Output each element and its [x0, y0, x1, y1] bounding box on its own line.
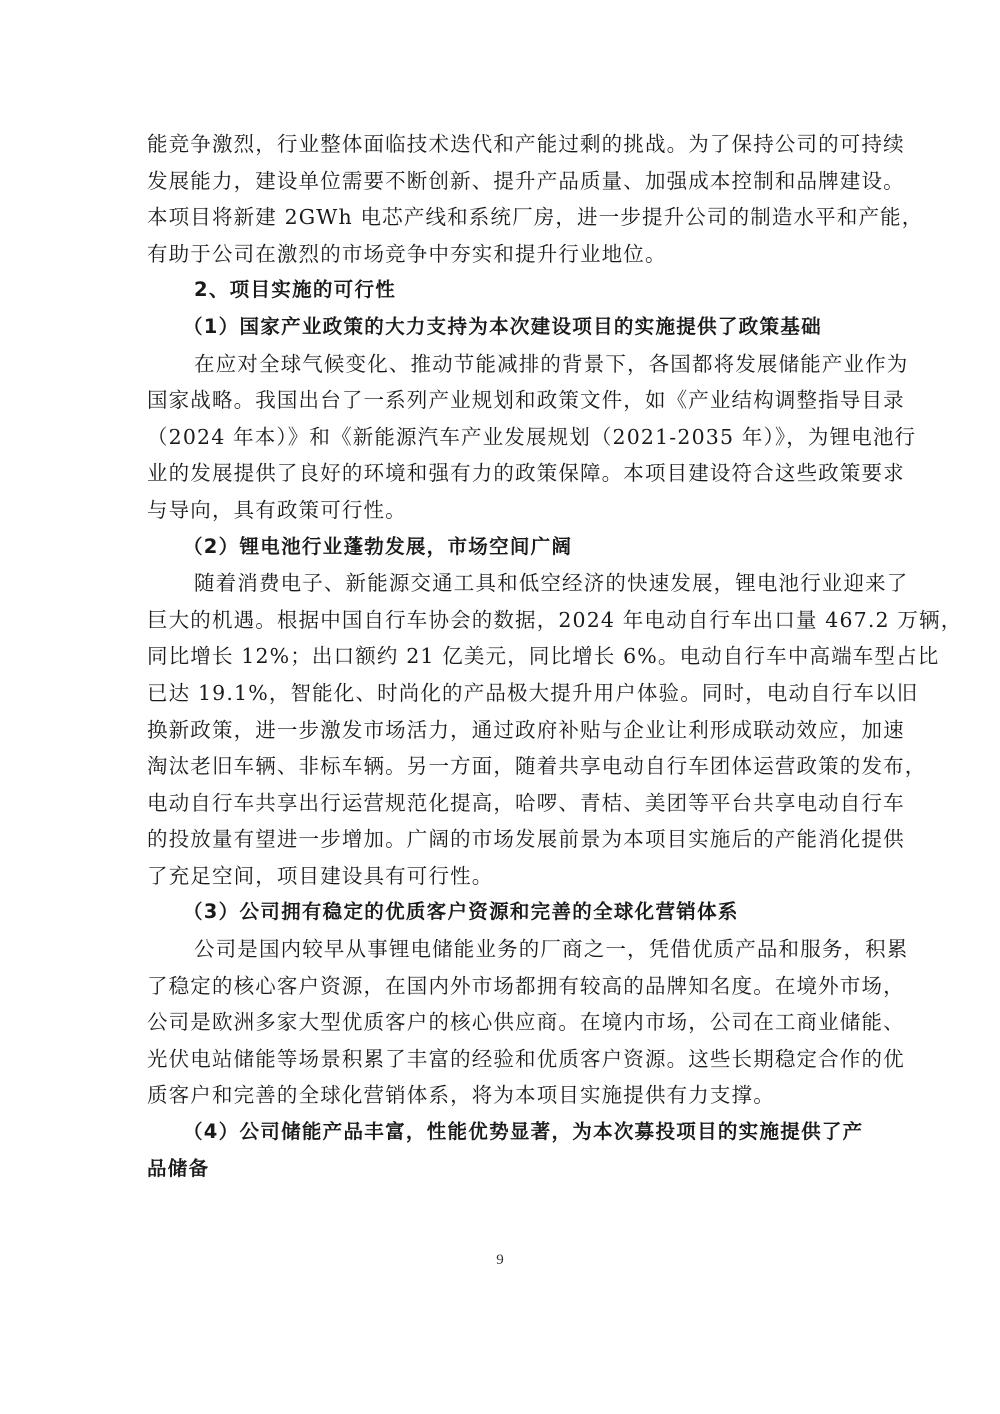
subsection-heading: （1）国家产业政策的大力支持为本次建设项目的实施提供了政策基础 — [147, 309, 855, 346]
text-line: 电动自行车共享出行运营规范化提高，哈啰、青桔、美团等平台共享电动自行车 — [147, 785, 855, 822]
subsection-2: （2）锂电池行业蓬勃发展，市场空间广阔 随着消费电子、新能源交通工具和低空经济的… — [147, 529, 855, 895]
text-line: 发展能力，建设单位需要不断创新、提升产品质量、加强成本控制和品牌建设。 — [147, 163, 855, 200]
document-page: 能竞争激烈，行业整体面临技术迭代和产能过剩的挑战。为了保持公司的可持续 发展能力… — [0, 0, 1000, 1414]
text-line: 同比增长 12%；出口额约 21 亿美元，同比增长 6%。电动自行车中高端车型占… — [147, 638, 855, 675]
text-line: 与导向，具有政策可行性。 — [147, 492, 855, 529]
page-number: 9 — [0, 1252, 1000, 1269]
text-line: 国家战略。我国出台了一系列产业规划和政策文件，如《产业结构调整指导目录 — [147, 382, 855, 419]
text-line: 的投放量有望进一步增加。广阔的市场发展前景为本项目实施后的产能消化提供 — [147, 821, 855, 858]
text-line: 质客户和完善的全球化营销体系，将为本项目实施提供有力支撑。 — [147, 1077, 855, 1114]
text-line: 随着消费电子、新能源交通工具和低空经济的快速发展，锂电池行业迎来了 — [147, 565, 855, 602]
text-line: 本项目将新建 2GWh 电芯产线和系统厂房，进一步提升公司的制造水平和产能， — [147, 199, 855, 236]
text-line: 公司是国内较早从事锂电储能业务的厂商之一，凭借优质产品和服务，积累 — [147, 931, 855, 968]
paragraph-continuation: 能竞争激烈，行业整体面临技术迭代和产能过剩的挑战。为了保持公司的可持续 发展能力… — [147, 126, 855, 272]
text-line: 淘汰老旧车辆、非标车辆。另一方面，随着共享电动自行车团体运营政策的发布， — [147, 748, 855, 785]
text-line: 在应对全球气候变化、推动节能减排的背景下，各国都将发展储能产业作为 — [147, 346, 855, 383]
text-line: 了稳定的核心客户资源，在国内外市场都拥有较高的品牌知名度。在境外市场， — [147, 968, 855, 1005]
subsection-heading: （2）锂电池行业蓬勃发展，市场空间广阔 — [147, 529, 855, 566]
text-line: 业的发展提供了良好的环境和强有力的政策保障。本项目建设符合这些政策要求 — [147, 455, 855, 492]
page-content: 能竞争激烈，行业整体面临技术迭代和产能过剩的挑战。为了保持公司的可持续 发展能力… — [147, 126, 855, 1187]
subsection-heading-continued: 品储备 — [147, 1151, 855, 1188]
subsection-3: （3）公司拥有稳定的优质客户资源和完善的全球化营销体系 公司是国内较早从事锂电储… — [147, 894, 855, 1114]
text-line: 能竞争激烈，行业整体面临技术迭代和产能过剩的挑战。为了保持公司的可持续 — [147, 126, 855, 163]
subsection-4: （4）公司储能产品丰富，性能优势显著，为本次募投项目的实施提供了产 品储备 — [147, 1114, 855, 1187]
text-line: 已达 19.1%，智能化、时尚化的产品极大提升用户体验。同时，电动自行车以旧 — [147, 675, 855, 712]
subsection-heading: （3）公司拥有稳定的优质客户资源和完善的全球化营销体系 — [147, 894, 855, 931]
text-line: 有助于公司在激烈的市场竞争中夯实和提升行业地位。 — [147, 236, 855, 273]
section-heading: 2、项目实施的可行性 — [147, 272, 855, 309]
text-line: 了充足空间，项目建设具有可行性。 — [147, 858, 855, 895]
text-line: 公司是欧洲多家大型优质客户的核心供应商。在境内市场，公司在工商业储能、 — [147, 1004, 855, 1041]
text-line: 光伏电站储能等场景积累了丰富的经验和优质客户资源。这些长期稳定合作的优 — [147, 1041, 855, 1078]
text-line: （2024 年本）》和《新能源汽车产业发展规划（2021-2035 年）》，为锂… — [147, 419, 855, 456]
subsection-heading: （4）公司储能产品丰富，性能优势显著，为本次募投项目的实施提供了产 — [147, 1114, 855, 1151]
text-line: 巨大的机遇。根据中国自行车协会的数据，2024 年电动自行车出口量 467.2 … — [147, 602, 855, 639]
subsection-1: （1）国家产业政策的大力支持为本次建设项目的实施提供了政策基础 在应对全球气候变… — [147, 309, 855, 529]
text-line: 换新政策，进一步激发市场活力，通过政府补贴与企业让利形成联动效应，加速 — [147, 712, 855, 749]
